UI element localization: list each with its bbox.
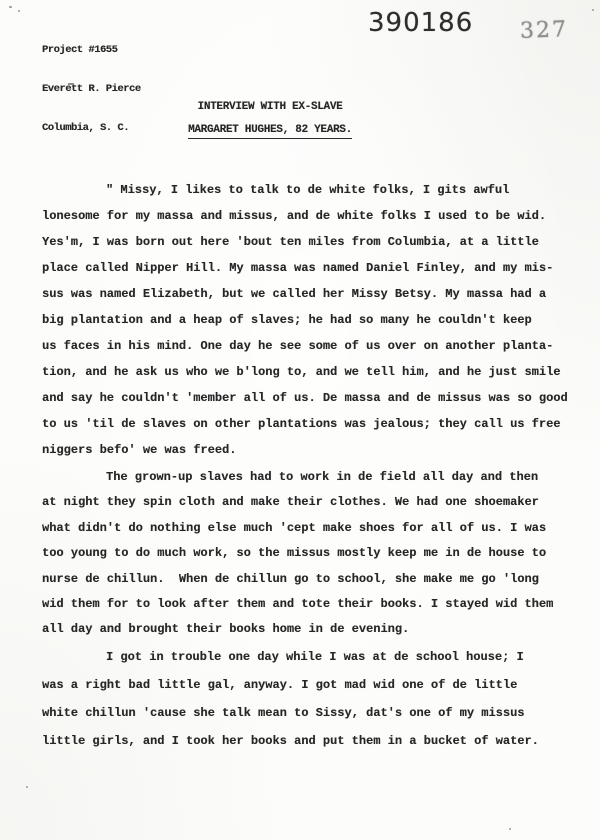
document-title: INTERVIEW WITH EX-SLAVE — [0, 101, 540, 113]
text-line: lonesome for my massa and missus, and de… — [42, 203, 582, 229]
text-line: too young to do much work, so the missus… — [42, 541, 582, 566]
text-line: place called Nipper Hill. My massa was n… — [42, 255, 582, 281]
scan-speck — [26, 786, 28, 788]
scan-speck — [9, 6, 12, 8]
text-line: I got in trouble one day while I was at … — [42, 643, 582, 671]
text-line: Yes'm, I was born out here 'bout ten mil… — [42, 229, 582, 255]
text-line: and say he couldn't 'member all of us. D… — [42, 385, 582, 411]
serial-number-stamp: 390186 — [368, 8, 473, 38]
document-header: Project #1655 Everett R. Pierce Columbia… — [42, 18, 141, 161]
text-line: white chillun 'cause she talk mean to Si… — [42, 699, 582, 727]
project-number: Project #1655 — [42, 44, 141, 57]
text-line: " Missy, I likes to talk to de white fol… — [42, 177, 582, 203]
scan-speck — [509, 828, 511, 830]
paragraph-1: " Missy, I likes to talk to de white fol… — [42, 177, 582, 463]
interviewer-name: Everett R. Pierce — [42, 83, 141, 96]
text-line: niggers befo' we was freed. — [42, 437, 582, 463]
text-line: all day and brought their books home in … — [42, 617, 582, 642]
document-subtitle: MARGARET HUGHES, 82 YEARS. — [188, 124, 352, 139]
paragraph-3: I got in trouble one day while I was at … — [42, 643, 582, 755]
page-number: 327 — [520, 17, 569, 44]
text-line: The grown-up slaves had to work in de fi… — [42, 465, 582, 490]
text-line: little girls, and I took her books and p… — [42, 727, 582, 755]
stray-pencil-mark — [68, 83, 74, 85]
text-line: nurse de chillun. When de chillun go to … — [42, 567, 582, 592]
paragraph-2: The grown-up slaves had to work in de fi… — [42, 465, 582, 643]
text-line: tion, and he ask us who we b'long to, an… — [42, 359, 582, 385]
scan-speck — [592, 9, 594, 11]
text-line: at night they spin cloth and make their … — [42, 490, 582, 515]
scan-speck — [18, 10, 20, 12]
text-line: wid them for to look after them and tote… — [42, 592, 582, 617]
text-line: what didn't do nothing else much 'cept m… — [42, 516, 582, 541]
text-line: was a right bad little gal, anyway. I go… — [42, 671, 582, 699]
text-line: big plantation and a heap of slaves; he … — [42, 307, 582, 333]
text-line: us faces in his mind. One day he see som… — [42, 333, 582, 359]
document-title-block: INTERVIEW WITH EX-SLAVE MARGARET HUGHES,… — [0, 101, 540, 139]
text-line: sus was named Elizabeth, but we called h… — [42, 281, 582, 307]
scanned-document-page: Project #1655 Everett R. Pierce Columbia… — [0, 0, 600, 840]
text-line: to us 'til de slaves on other plantation… — [42, 411, 582, 437]
